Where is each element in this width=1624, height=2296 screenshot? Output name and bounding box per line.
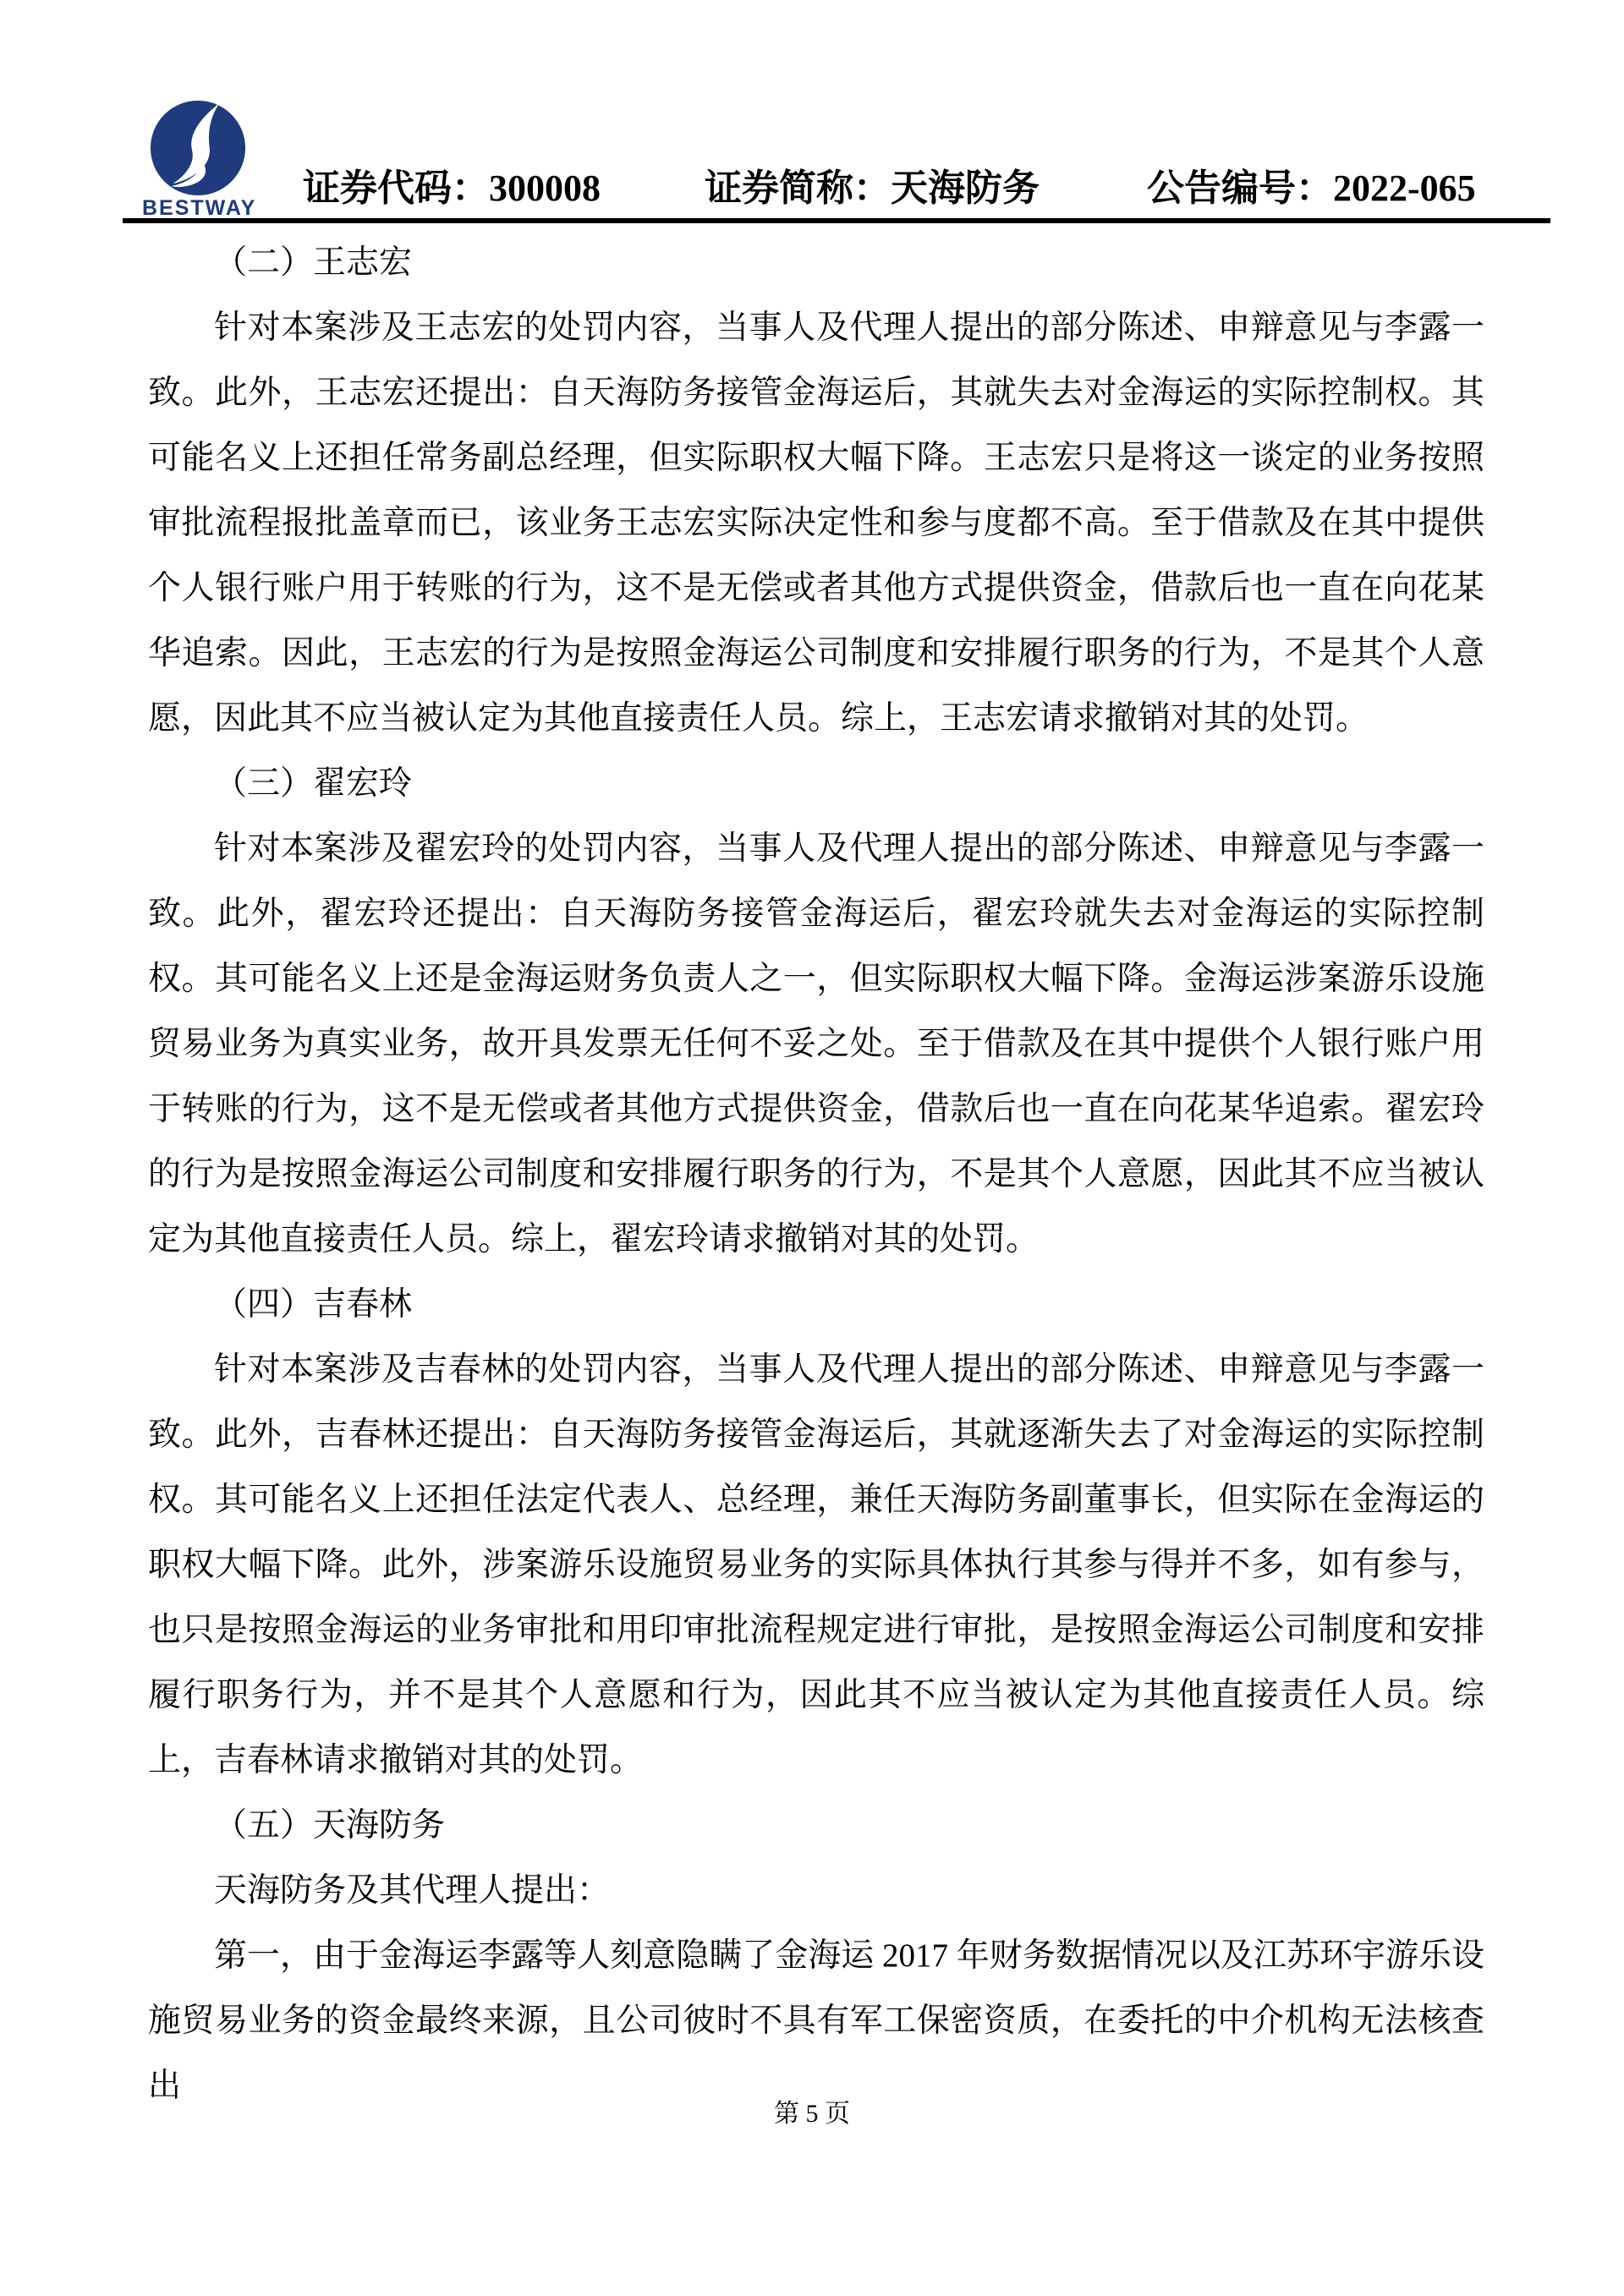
stock-name-label: 证券简称：天海防务 [705, 163, 1040, 214]
section-heading: （五）天海防务 [148, 1793, 1484, 1858]
document-body: （二）王志宏针对本案涉及王志宏的处罚内容，当事人及代理人提出的部分陈述、申辩意见… [148, 230, 1484, 2118]
body-paragraph: 第一，由于金海运李露等人刻意隐瞒了金海运 2017 年财务数据情况以及江苏环宇游… [148, 1923, 1484, 2118]
announcement-number-label: 公告编号：2022-065 [1147, 163, 1476, 214]
section-heading: （三）翟宏玲 [148, 751, 1484, 816]
page-number: 第 5 页 [774, 2100, 850, 2128]
section-heading: （四）吉春林 [148, 1272, 1484, 1337]
document-page: BESTWAY 证券代码：300008 证券简称：天海防务 公告编号：2022-… [0, 0, 1624, 2296]
body-paragraph: 天海防务及其代理人提出： [148, 1858, 1484, 1923]
header-info-row: 证券代码：300008 证券简称：天海防务 公告编号：2022-065 [0, 163, 1624, 214]
body-paragraph: 针对本案涉及吉春林的处罚内容，当事人及代理人提出的部分陈述、申辩意见与李露一致。… [148, 1337, 1484, 1793]
body-paragraph: 针对本案涉及翟宏玲的处罚内容，当事人及代理人提出的部分陈述、申辩意见与李露一致。… [148, 816, 1484, 1272]
body-paragraph: 针对本案涉及王志宏的处罚内容，当事人及代理人提出的部分陈述、申辩意见与李露一致。… [148, 295, 1484, 751]
stock-code-label: 证券代码：300008 [303, 163, 601, 214]
page-footer: 第 5 页 [0, 2097, 1624, 2131]
header-divider [123, 218, 1550, 223]
section-heading: （二）王志宏 [148, 230, 1484, 295]
